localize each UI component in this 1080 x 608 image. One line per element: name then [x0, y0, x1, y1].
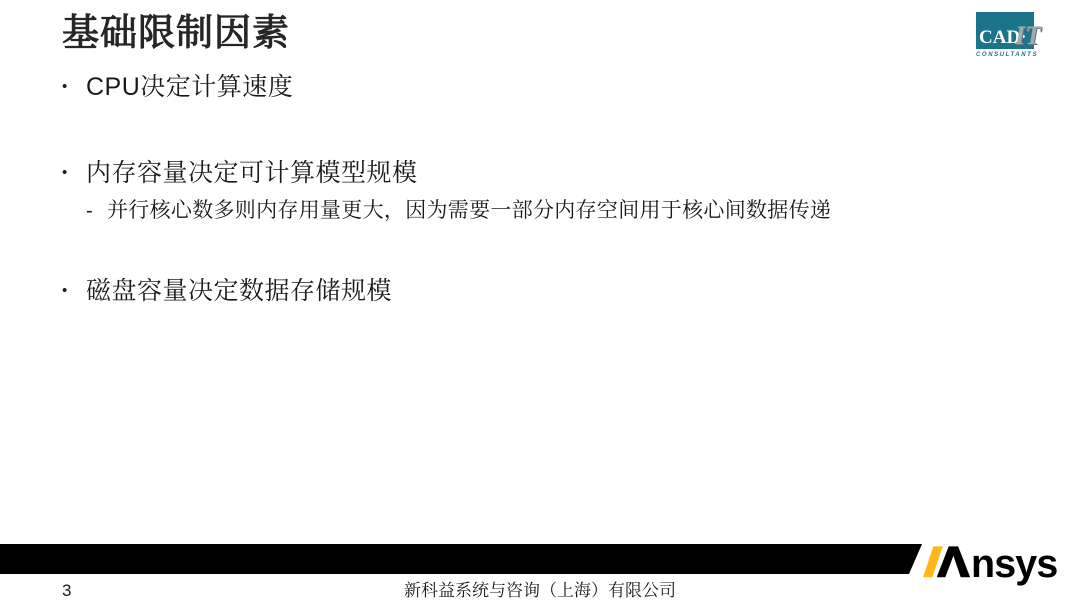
- footer-black-bar: [0, 544, 922, 574]
- cadit-logo: CAD· IT CONSULTANTS: [976, 8, 1068, 64]
- bullet-dot: •: [62, 275, 86, 307]
- slide: 基础限制因素 • CPU决定计算速度 • 内存容量决定可计算模型规模 - 并行核…: [0, 0, 1080, 608]
- sub-bullet-dash: -: [86, 197, 107, 225]
- bullet-item-memory: • 内存容量决定可计算模型规模: [62, 157, 418, 189]
- sub-bullet-text: 并行核心数多则内存用量更大，因为需要一部分内存空间用于核心间数据传递: [107, 197, 831, 225]
- footer-company-name: 新科益系统与咨询（上海）有限公司: [0, 580, 1080, 602]
- bullet-item-cpu: • CPU决定计算速度: [62, 71, 293, 103]
- bullet-item-disk: • 磁盘容量决定数据存储规模: [62, 275, 392, 307]
- ansys-logo-a-glyph: [937, 546, 970, 577]
- bullet-text: 磁盘容量决定数据存储规模: [86, 275, 392, 307]
- cadit-logo-it-text: IT: [1015, 23, 1041, 49]
- cadit-logo-consultants-text: CONSULTANTS: [976, 52, 1040, 58]
- bullet-dot: •: [62, 157, 86, 189]
- bullet-text: CPU决定计算速度: [86, 71, 293, 103]
- bullet-dot: •: [62, 71, 86, 103]
- slide-title: 基础限制因素: [62, 10, 290, 56]
- sub-bullet-item-parallel-cores: - 并行核心数多则内存用量更大，因为需要一部分内存空间用于核心间数据传递: [86, 197, 831, 225]
- bullet-text: 内存容量决定可计算模型规模: [86, 157, 418, 189]
